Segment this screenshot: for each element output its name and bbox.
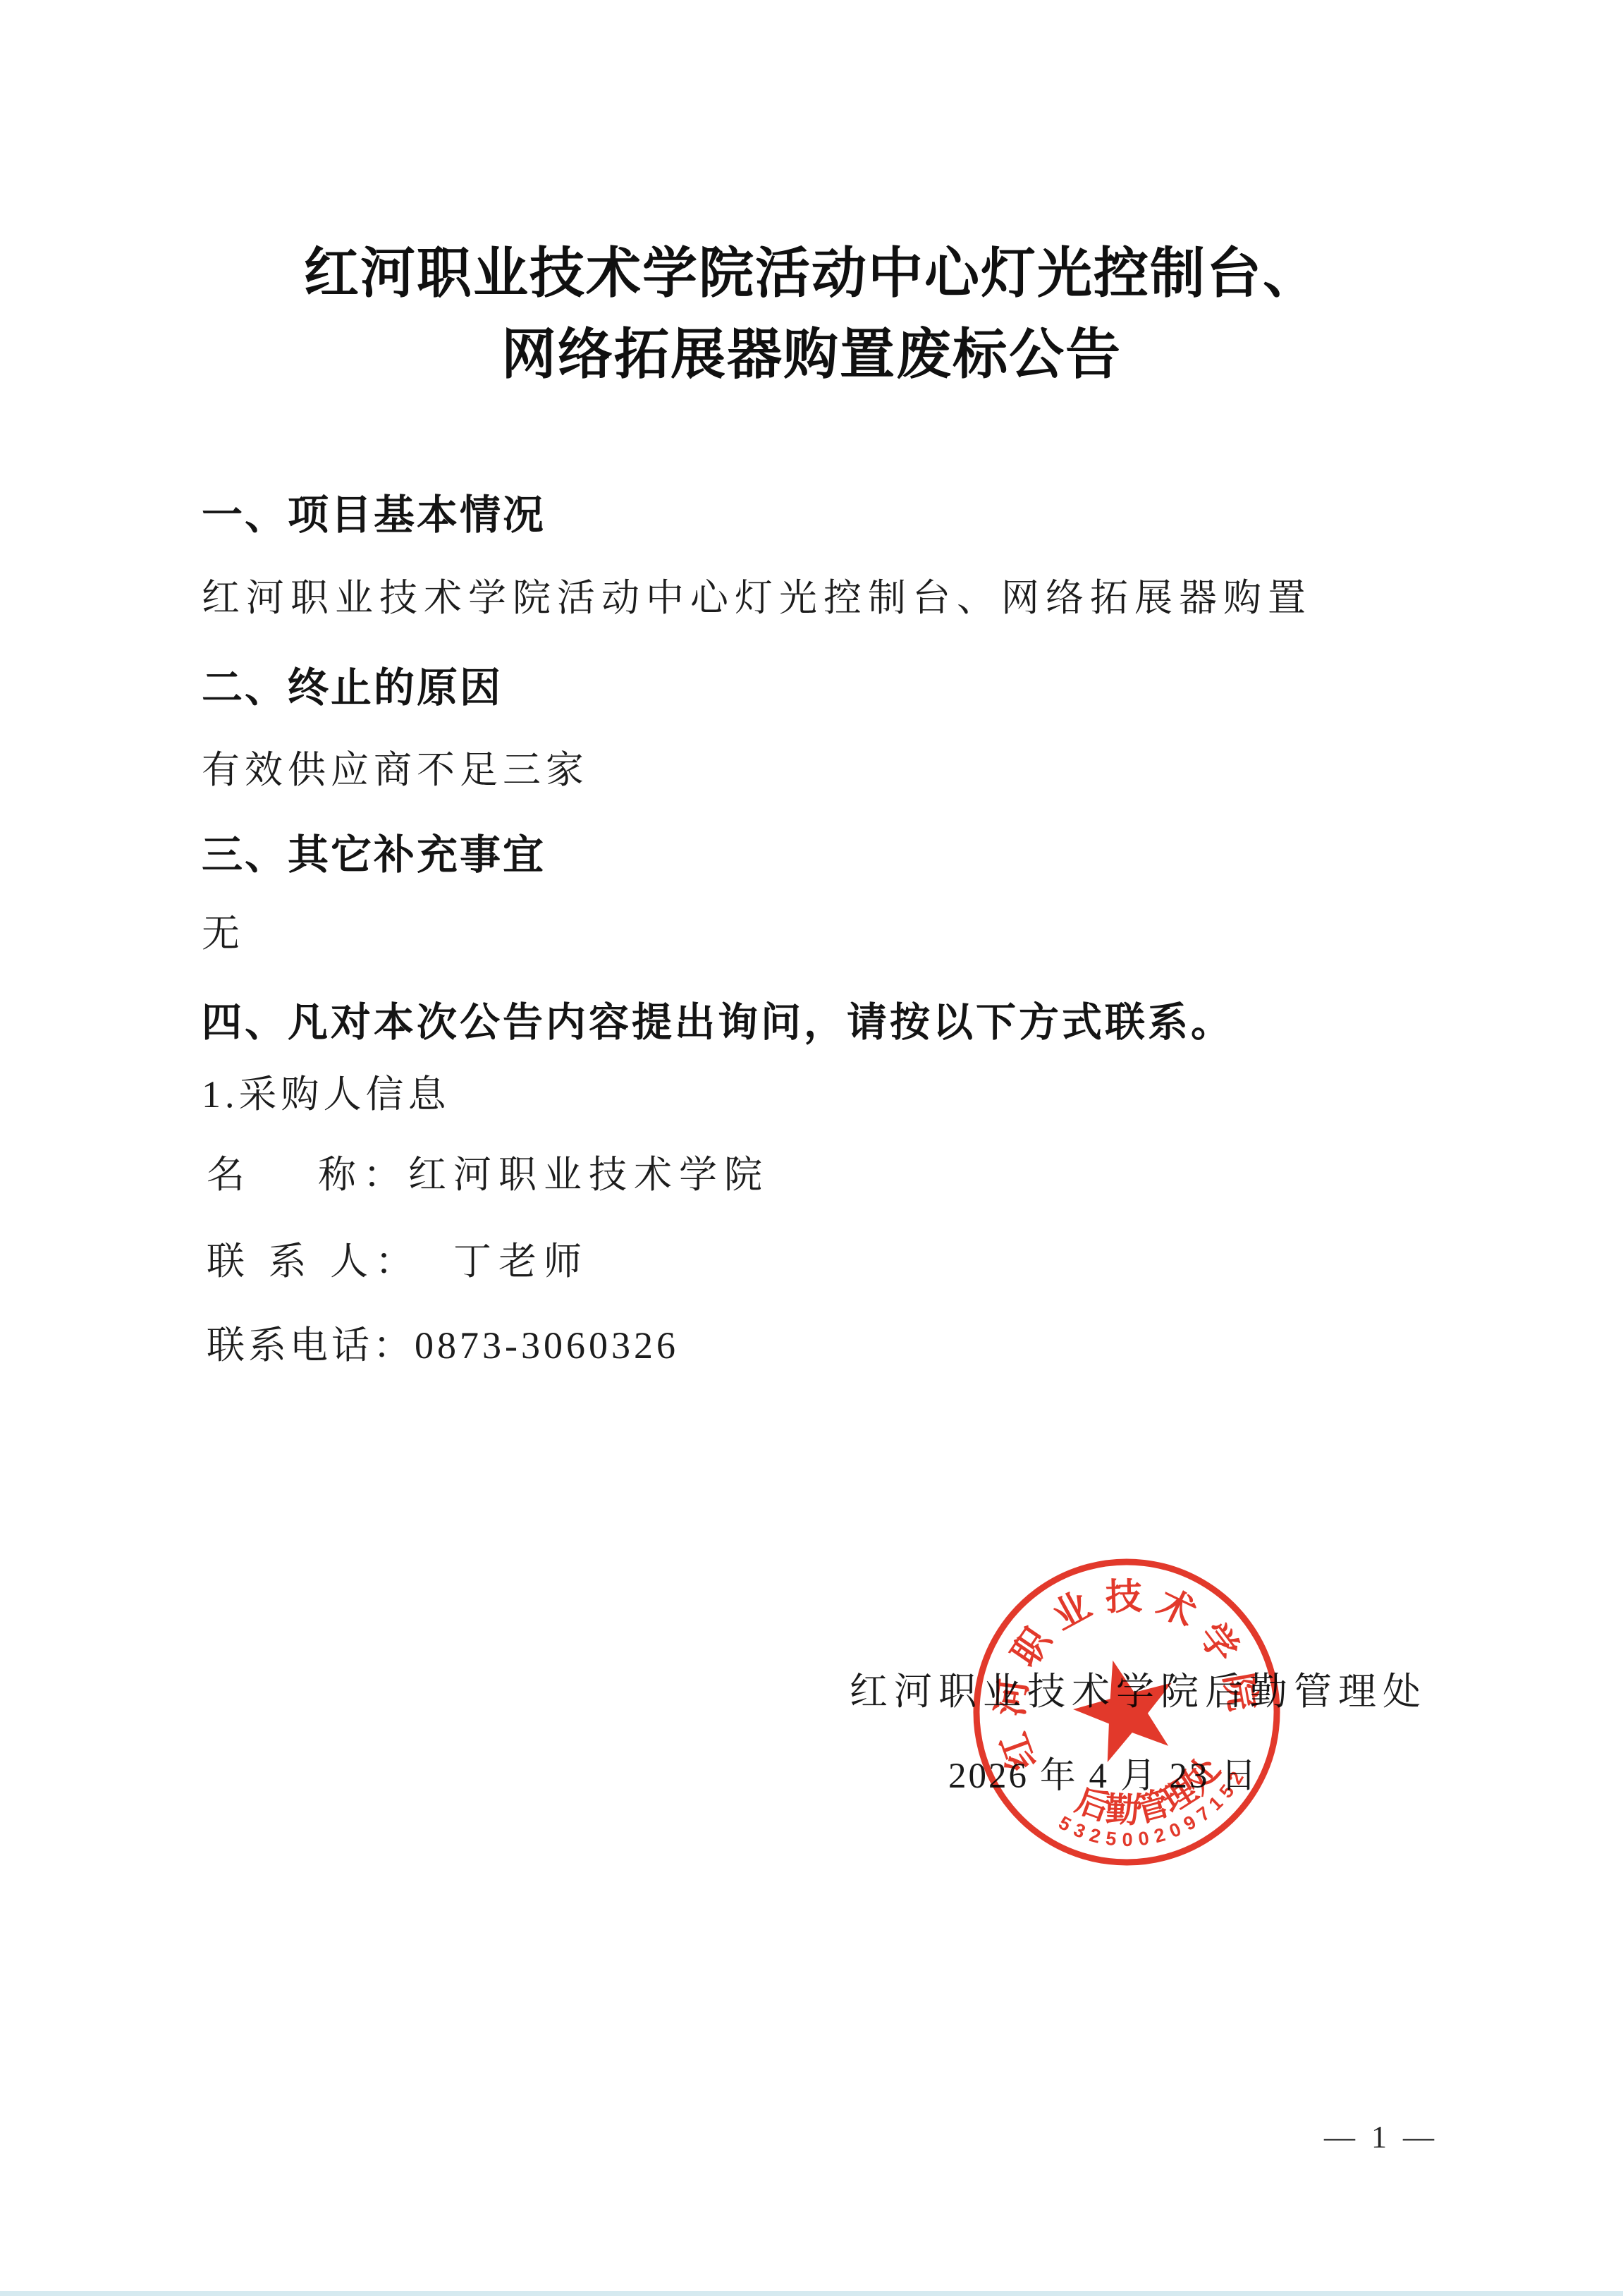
document-title-line1: 红河职业技术学院活动中心灯光控制台、 (0, 242, 1623, 305)
scan-edge-line (0, 2291, 1623, 2296)
svg-text:5: 5 (1055, 1812, 1074, 1836)
svg-text:5: 5 (1105, 1828, 1118, 1850)
section-heading-1: 一、项目基本情况 (202, 492, 546, 539)
contact-person-line: 联 系 人： 丁老师 (207, 1240, 589, 1283)
section-heading-4: 四、凡对本次公告内容提出询问，请按以下方式联系。 (202, 1000, 1234, 1046)
document-page: 红河职业技术学院活动中心灯光控制台、 网络拓展器购置废标公告 一、项目基本情况 … (0, 0, 1623, 2296)
official-seal-stamp: 红河职业技术学院 后勤管理处 5325002097152 (964, 1550, 1289, 1874)
svg-text:院: 院 (1216, 1671, 1263, 1714)
section-body-3: 无 (202, 912, 245, 955)
svg-text:3: 3 (1071, 1819, 1089, 1842)
star-icon (1063, 1647, 1187, 1767)
page-number: — 1 — (1324, 2120, 1438, 2156)
svg-text:业: 业 (1046, 1584, 1097, 1638)
stamp-rotated-group: 红河职业技术学院 后勤管理处 5325002097152 (964, 1550, 1289, 1874)
svg-text:2: 2 (1152, 1824, 1168, 1847)
svg-text:2: 2 (1224, 1768, 1247, 1788)
svg-text:河: 河 (990, 1677, 1035, 1718)
svg-text:0: 0 (1166, 1819, 1184, 1842)
section-body-2: 有效供应商不足三家 (202, 748, 589, 792)
section-body-4: 1.采购人信息 (202, 1073, 451, 1116)
svg-text:0: 0 (1137, 1828, 1151, 1850)
svg-text:职: 职 (1005, 1620, 1060, 1674)
svg-text:2: 2 (1087, 1824, 1103, 1848)
svg-text:0: 0 (1122, 1829, 1132, 1850)
section-body-1: 红河职业技术学院活动中心灯光控制台、网络拓展器购置 (202, 576, 1312, 620)
svg-text:学: 学 (1191, 1616, 1246, 1669)
purchaser-name-line: 名 称：红河职业技术学院 (207, 1153, 769, 1197)
svg-text:技: 技 (1105, 1576, 1142, 1618)
svg-text:术: 术 (1151, 1582, 1202, 1635)
section-heading-2: 二、终止的原因 (202, 665, 503, 712)
contact-phone-line: 联系电话：0873-3060326 (207, 1324, 679, 1367)
svg-text:红: 红 (993, 1727, 1044, 1776)
document-title-line2: 网络拓展器购置废标公告 (0, 323, 1623, 386)
section-heading-3: 三、其它补充事宜 (202, 832, 546, 879)
